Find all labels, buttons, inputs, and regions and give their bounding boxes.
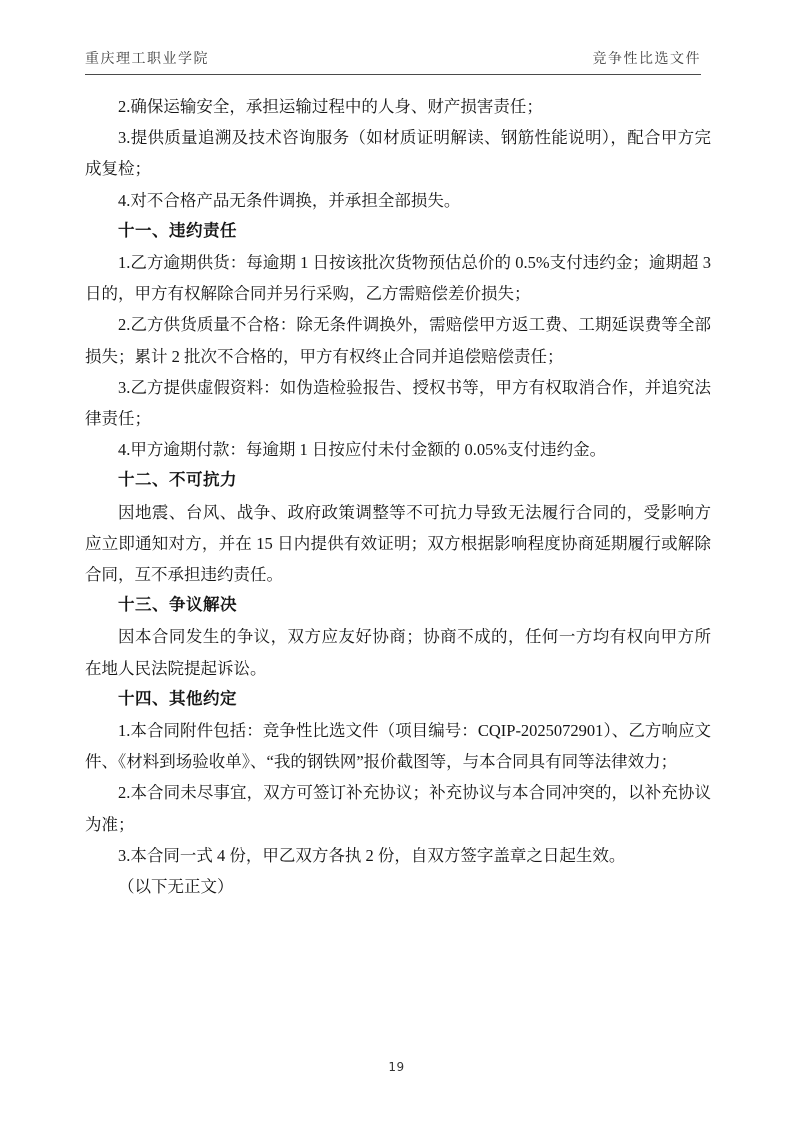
header-right-text: 竞争性比选文件 [593, 48, 702, 68]
header-left-text: 重庆理工职业学院 [85, 48, 209, 68]
paragraph-late-payment: 4.甲方逾期付款：每逾期 1 日按应付未付金额的 0.05%支付违约金。 [85, 434, 711, 465]
page-number: 19 [388, 1060, 404, 1074]
paragraph-no-more-text: （以下无正文） [85, 871, 711, 902]
paragraph-late-delivery: 1.乙方逾期供货：每逾期 1 日按该批次货物预估总价的 0.5%支付违约金；逾期… [85, 247, 711, 309]
section-heading-14-misc: 十四、其他约定 [85, 684, 711, 715]
paragraph-force-majeure: 因地震、台风、战争、政府政策调整等不可抗力导致无法履行合同的，受影响方应立即通知… [85, 497, 711, 591]
paragraph-attachments: 1.本合同附件包括：竞争性比选文件（项目编号：CQIP-2025072901）、… [85, 715, 711, 777]
paragraph-copies-effective: 3.本合同一式 4 份，甲乙双方各执 2 份，自双方签字盖章之日起生效。 [85, 840, 711, 871]
paragraph-quality-failure: 2.乙方供货质量不合格：除无条件调换外，需赔偿甲方返工费、工期延误费等全部损失；… [85, 309, 711, 371]
paragraph-quality-trace: 3.提供质量追溯及技术咨询服务（如材质证明解读、钢筋性能说明），配合甲方完成复检… [85, 122, 711, 184]
paragraph-replace-defective: 4.对不合格产品无条件调换，并承担全部损失。 [85, 185, 711, 216]
page-footer: 19 [0, 1060, 793, 1074]
section-heading-11-breach: 十一、违约责任 [85, 216, 711, 247]
document-body: 2.确保运输安全，承担运输过程中的人身、财产损害责任； 3.提供质量追溯及技术咨… [85, 91, 711, 902]
section-heading-12-force-majeure: 十二、不可抗力 [85, 465, 711, 496]
page-header: 重庆理工职业学院 竞争性比选文件 [85, 48, 701, 75]
paragraph-transport-safety: 2.确保运输安全，承担运输过程中的人身、财产损害责任； [85, 91, 711, 122]
document-page: 重庆理工职业学院 竞争性比选文件 2.确保运输安全，承担运输过程中的人身、财产损… [0, 0, 793, 1122]
section-heading-13-dispute: 十三、争议解决 [85, 590, 711, 621]
paragraph-supplementary: 2.本合同未尽事宜，双方可签订补充协议；补充协议与本合同冲突的，以补充协议为准； [85, 777, 711, 839]
paragraph-false-materials: 3.乙方提供虚假资料：如伪造检验报告、授权书等，甲方有权取消合作，并追究法律责任… [85, 372, 711, 434]
paragraph-dispute-resolution: 因本合同发生的争议，双方应友好协商；协商不成的，任何一方均有权向甲方所在地人民法… [85, 621, 711, 683]
